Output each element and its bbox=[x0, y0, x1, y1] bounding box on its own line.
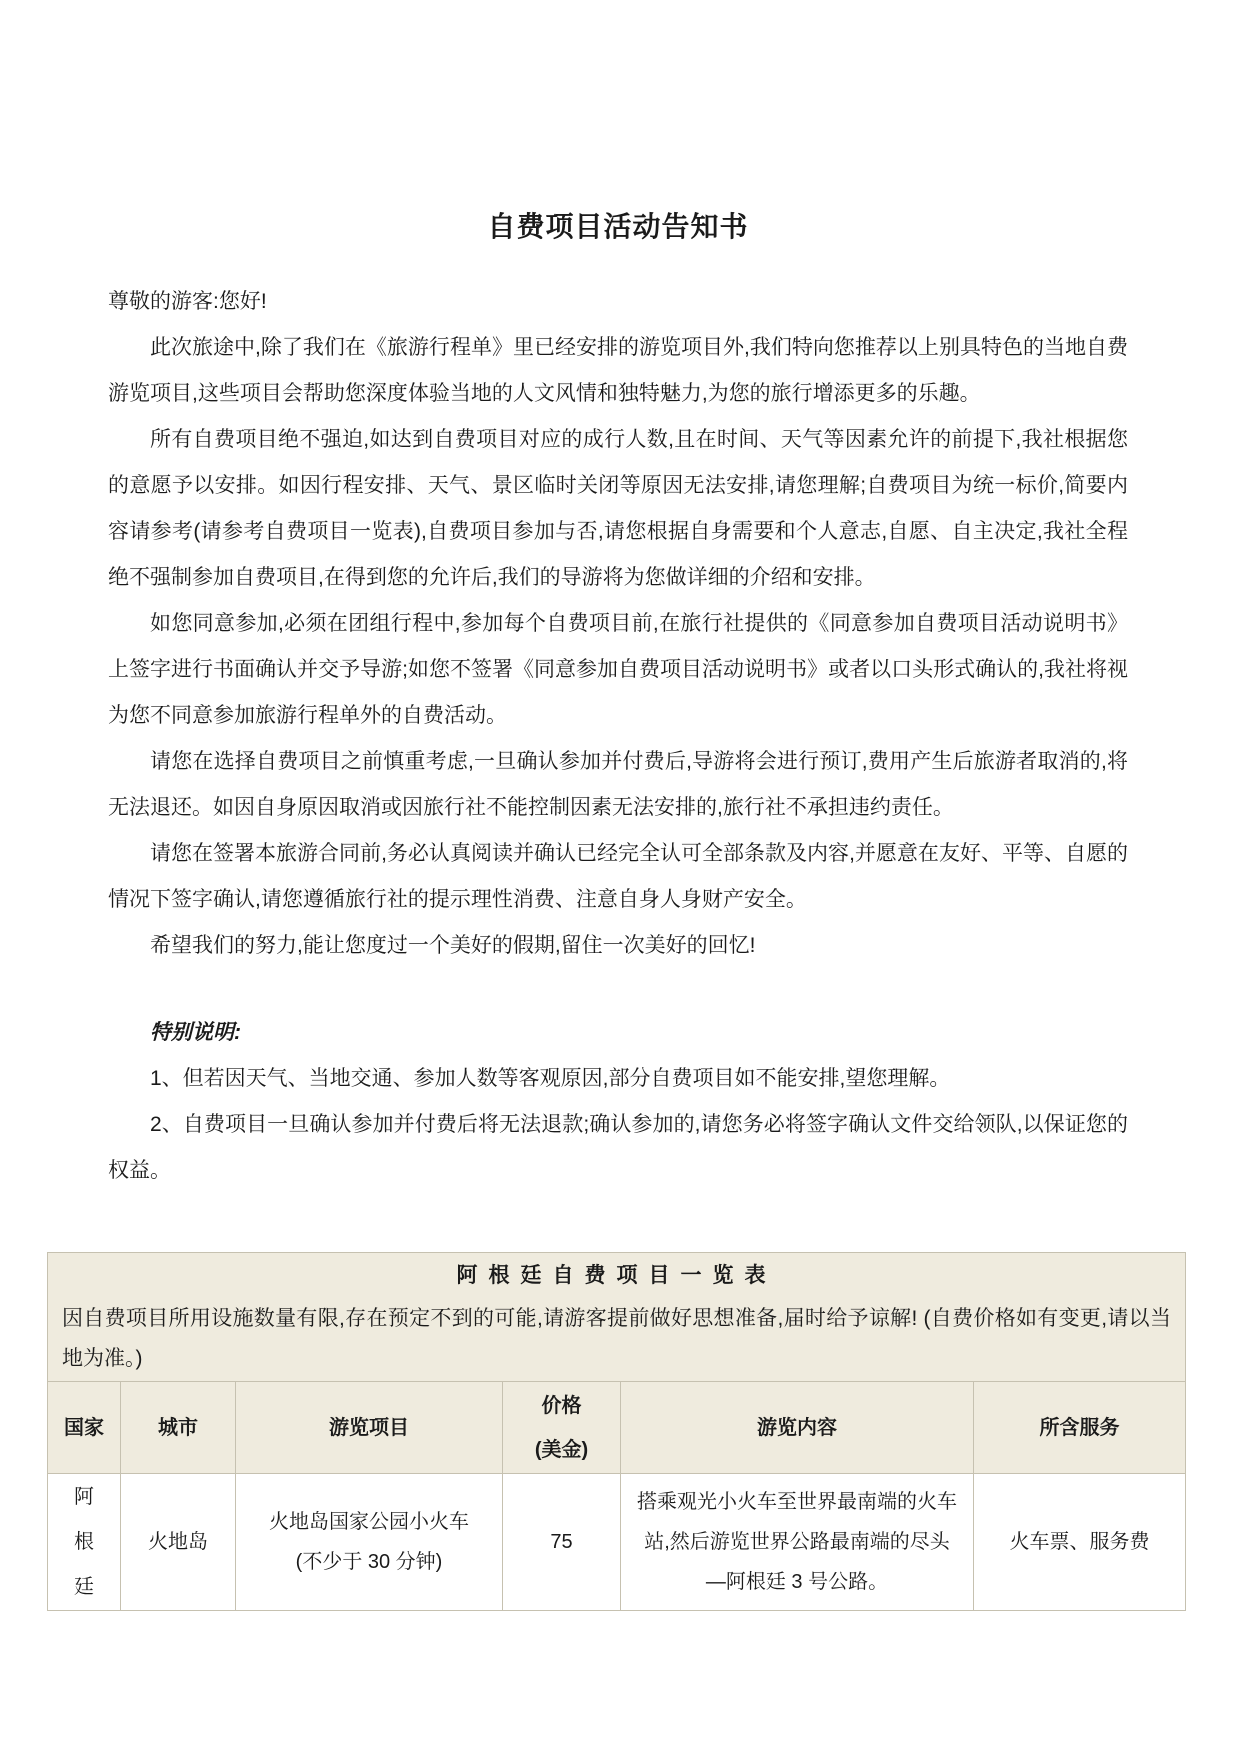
cell-services: 火车票、服务费 bbox=[974, 1474, 1186, 1611]
fee-table-title: 阿根廷自费项目一览表 bbox=[62, 1253, 1171, 1299]
paragraph-5: 请您在签署本旅游合同前,务必认真阅读并确认已经完全认可全部条款及内容,并愿意在友… bbox=[108, 831, 1128, 923]
header-country: 国家 bbox=[48, 1382, 121, 1474]
header-content: 游览内容 bbox=[621, 1382, 974, 1474]
special-notes-heading: 特别说明: bbox=[108, 1010, 1128, 1056]
project-line2: (不少于 30 分钟) bbox=[236, 1542, 502, 1582]
cell-price: 75 bbox=[503, 1474, 621, 1611]
header-project: 游览项目 bbox=[236, 1382, 503, 1474]
document-body: 尊敬的游客:您好! 此次旅途中,除了我们在《旅游行程单》里已经安排的游览项目外,… bbox=[108, 279, 1128, 1194]
paragraph-2: 所有自费项目绝不强迫,如达到自费项目对应的成行人数,且在时间、天气等因素允许的前… bbox=[108, 417, 1128, 601]
page-title: 自费项目活动告知书 bbox=[0, 0, 1236, 249]
table-row: 阿根廷 火地岛 火地岛国家公园小火车 (不少于 30 分钟) 75 搭乘观光小火… bbox=[48, 1474, 1186, 1611]
header-price-line2: (美金) bbox=[503, 1428, 620, 1472]
table-header-row: 国家 城市 游览项目 价格 (美金) 游览内容 所含服务 bbox=[48, 1382, 1186, 1474]
fee-table: 阿根廷自费项目一览表 因自费项目所用设施数量有限,存在预定不到的可能,请游客提前… bbox=[47, 1252, 1186, 1611]
table-band-row: 阿根廷自费项目一览表 因自费项目所用设施数量有限,存在预定不到的可能,请游客提前… bbox=[48, 1253, 1186, 1382]
header-services: 所含服务 bbox=[974, 1382, 1186, 1474]
header-price-line1: 价格 bbox=[503, 1384, 620, 1428]
header-price: 价格 (美金) bbox=[503, 1382, 621, 1474]
project-line1: 火地岛国家公园小火车 bbox=[236, 1502, 502, 1542]
header-city: 城市 bbox=[121, 1382, 236, 1474]
country-vertical-text: 阿根廷 bbox=[73, 1475, 96, 1610]
special-note-item-1: 1、但若因天气、当地交通、参加人数等客观原因,部分自费项目如不能安排,望您理解。 bbox=[108, 1056, 1128, 1102]
paragraph-1: 此次旅途中,除了我们在《旅游行程单》里已经安排的游览项目外,我们特向您推荐以上别… bbox=[108, 325, 1128, 417]
paragraph-3: 如您同意参加,必须在团组行程中,参加每个自费项目前,在旅行社提供的《同意参加自费… bbox=[108, 601, 1128, 739]
salutation: 尊敬的游客:您好! bbox=[108, 279, 1128, 325]
table-band-cell: 阿根廷自费项目一览表 因自费项目所用设施数量有限,存在预定不到的可能,请游客提前… bbox=[48, 1253, 1186, 1382]
paragraph-6: 希望我们的努力,能让您度过一个美好的假期,留住一次美好的回忆! bbox=[108, 923, 1128, 969]
fee-table-note: 因自费项目所用设施数量有限,存在预定不到的可能,请游客提前做好思想准备,届时给予… bbox=[62, 1299, 1171, 1379]
cell-country: 阿根廷 bbox=[48, 1474, 121, 1611]
document-page: 自费项目活动告知书 尊敬的游客:您好! 此次旅途中,除了我们在《旅游行程单》里已… bbox=[0, 0, 1236, 1747]
cell-project: 火地岛国家公园小火车 (不少于 30 分钟) bbox=[236, 1474, 503, 1611]
cell-city: 火地岛 bbox=[121, 1474, 236, 1611]
special-note-item-2: 2、自费项目一旦确认参加并付费后将无法退款;确认参加的,请您务必将签字确认文件交… bbox=[108, 1102, 1128, 1194]
cell-content: 搭乘观光小火车至世界最南端的火车站,然后游览世界公路最南端的尽头—阿根廷 3 号… bbox=[621, 1474, 974, 1611]
paragraph-4: 请您在选择自费项目之前慎重考虑,一旦确认参加并付费后,导游将会进行预订,费用产生… bbox=[108, 739, 1128, 831]
